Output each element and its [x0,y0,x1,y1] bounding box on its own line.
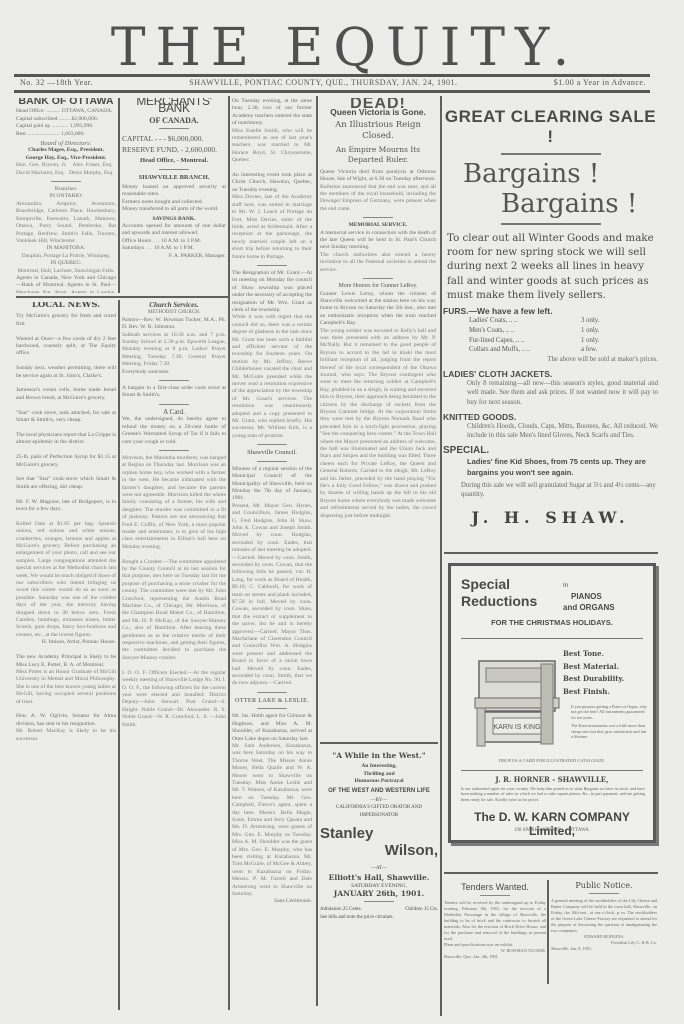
public-notice-date: Shawville, Jan. 8, 1901. [551,946,657,952]
bank-of-ottawa-ad: BANK OF OTTAWA Head Office: .......... O… [16,98,116,293]
catalogue-note: DROP US A CARD FOR ILLUSTRATED CATALOGUE… [451,758,653,763]
news-signature: H. Imison, Artist, Pontiac House. [16,639,116,646]
jackets-text: Only 8 remaining—all new—this season's s… [443,379,658,408]
bank-line: Rest ....................... 1,603,000. [16,131,116,138]
section-rule [320,742,438,744]
fur-item-name: Men's Coats, .. .. [469,326,581,336]
west-title: "A While in the West." [320,752,438,759]
section-rule [444,872,658,874]
fur-item-qty: a few. [581,345,597,355]
saturday-hours: Saturdays . . . 10 A.M. to 1 P.M. [122,245,226,252]
bank-line: Capital paid up ............ 1,993,990. [16,123,116,130]
west-orator: CALIFORNIA'S GIFTED ORATOR AND IMPERSONA… [320,804,438,819]
fur-item: Men's Coats, .. ..1 only. [443,326,658,336]
news-item: "Star" cook stove, tank attached, for sa… [16,410,116,425]
piano-in: In [563,583,568,589]
dateline-text: SHAWVILLE, PONTIAC COUNTY, QUE., THURSDA… [189,78,457,87]
west-line: Thrilling and [320,771,438,778]
leroy-text: Gunner Lewis Leroy, whom the citizens of… [320,291,436,328]
christmas-holidays: FOR THE CHRISTMAS HOLIDAYS. [451,618,653,627]
otter-signature: Sans Cérémonie. [232,898,312,905]
branches-heading: Branches: [16,186,116,193]
fur-item-name: Fur-lined Capes, .. .. [469,336,581,346]
card-text: We, the undersigned, do hereby agree to … [122,416,226,446]
stove-notice: A bargain in a first-class order cook st… [122,385,226,400]
bank-branch: SHAWVILLE BRANCH. [122,174,226,181]
dateline: No. 32 —18th Year. SHAWVILLE, PONTIAC CO… [20,78,646,87]
news-item: The new Academy Principal is likely to b… [16,654,116,669]
dead-heading: DEAD! [320,100,436,107]
sale-signature: J. H. SHAW. [443,508,658,527]
organs-label: and ORGANS [563,603,615,612]
bank-line: Capital subscribed ........ $2,000,000. [16,116,116,123]
west-sub: OF THE WEST AND WESTERN LIFE [320,788,438,795]
bank-capital: CAPITAL - - - $6,000,000. [122,133,226,144]
fur-item: Ladies' Coats, .. ..3 only. [443,316,658,326]
section-rule [16,296,228,298]
merchants-bank-title: MERCHANTS' BANK [122,98,226,113]
church-welcome: Everybody welcome. [122,369,226,376]
masthead-rule-bottom [14,90,650,93]
jackets-heading: LADIES' CLOTH JACKETS. [443,369,658,379]
fur-item-qty: 1 only. [581,326,599,336]
bargains-line-1: Bargains ! [443,159,658,189]
branch-region: IN MANITOBA: [16,245,116,252]
public-notice-text: A general meeting of the stockholders of… [551,898,657,934]
sugar-text: During this sale we will sell granulated… [443,481,658,500]
church-pastors: Pastors—Rev. W. Bowman Tucker, M.A., Ph.… [122,317,226,332]
council-heading: Shawville Council. [232,449,312,456]
piano-blurb: The Karn instruments cost a little more … [571,723,647,739]
savings-bank: SAVINGS BANK. [122,216,226,223]
bank-line: Money transferred to all parts of the wo… [122,206,226,213]
speaker-first-name: Stanley [320,825,438,842]
piano-title-1: Special [461,576,537,593]
tenders-notice: Tenders Wanted. Tenders will be received… [444,880,546,1000]
savings-text: Accounts opened for amounts of one dolla… [122,223,226,238]
news-item: Wanted at Once—a few cords of dry 2 feet… [16,336,116,358]
tenders-text: Tenders will be received by the undersig… [444,900,546,942]
fur-item: Collars and Muffs, .. ..a few. [443,345,658,355]
sale-intro: To clear out all Winter Goods and make r… [443,231,658,302]
branch-region: IN QUEBEC: [16,260,116,267]
card-heading: A Card. [122,409,226,416]
news-item: An interesting event took place at Chris… [232,172,312,194]
west-venue: Elliott's Hall, Shawville. [320,873,438,883]
fur-item-name: Ladies' Coats, .. .. [469,316,581,326]
leroy-heading: More Honors for Gunner LeRoy. [320,283,436,290]
clearing-sale-ad: GREAT CLEARING SALE ! Bargains ! Bargain… [443,97,658,550]
bank-reserve: RESERVE FUND, - 2,600,000. [122,144,226,155]
bank-president: Charles Magee, Esq., President. [16,147,116,154]
column-rule [547,880,549,984]
news-item: Hon. A. W. Ogilvie, Senator for Alma div… [16,713,116,728]
column-rule [118,300,120,1010]
fur-item-qty: 3 only. [581,316,599,326]
bank-manager: F. A. PARKER, Manager. [122,253,226,260]
section-rule [444,552,658,554]
tenders-heading: Tenders Wanted. [444,884,546,891]
stanley-wilson-ad: "A While in the West." An Interesting, T… [320,748,438,988]
fur-item: Fur-lined Capes, .. ..1 only. [443,336,658,346]
pianos-label: PIANOS [571,592,615,601]
news-item: The local physicians report that La Grip… [16,432,116,447]
piano-feature: Best Tone. [563,648,624,661]
newspaper-page: THE EQUITY. No. 32 —18th Year. SHAWVILLE… [0,0,684,1024]
west-at: —AT— [320,865,438,872]
news-item: The Resignation of Mr. Grant.—At its mee… [232,270,312,314]
empire-mourns-heading: An Empire Mourns Its Departed Ruler. [320,145,436,165]
piano-illustration-icon: KARN IS KING [471,656,561,751]
bank-line: Head Office: .......... OTTAWA, CANADA. [16,108,116,115]
west-date: JANUARY 26th, 1901. [320,890,438,897]
piano-feature: Best Material. [563,661,624,674]
reign-closed-heading: An Illustrious Reign Closed. [320,120,436,142]
furs-note: The above will be sold at maker's prices… [443,355,658,365]
merchants-bank-subtitle: OF CANADA. [122,117,226,124]
karn-company: The D. W. KARN COMPANY Limited, [451,810,653,838]
tenders-date: Shawville, Que., Jan. 4th, 1901. [444,954,546,960]
piano-feature: Best Finish. [563,686,624,699]
subscription-price: $1.00 a Year in Advance. [554,78,646,87]
news-item: See that "Star" cook-stove which Smart &… [16,476,116,491]
west-line: An Interesting, [320,763,438,770]
queen-gone-heading: Queen Victoria is Gone. [320,109,436,116]
bank-of-ottawa-title: BANK OF OTTAWA [16,98,116,105]
piano-ad: Special Reductions In PIANOS and ORGANS … [448,563,656,843]
council-text: Minutes of a regular session of the Muni… [232,466,312,503]
bank-vice-president: George Hay, Esq., Vice-President. [16,155,116,162]
fur-item-qty: 1 only. [581,336,599,346]
admission-children: Children 15 Cts. [405,906,438,913]
special-heading: SPECIAL. [443,445,658,456]
church-column: Church Services. METHODIST CHURCH. Pasto… [122,302,226,1002]
speaker-last-name: Wilson, [320,842,438,859]
column-rule [118,98,120,293]
issue-number: No. 32 —18th Year. [20,78,93,87]
local-news-heading: LOCAL NEWS. [16,302,116,309]
church-subheading: METHODIST CHURCH. [122,309,226,316]
bank-head-office: Head Office, - Montreal. [122,157,226,164]
news-item: Sunday next, weather permitting, there w… [16,365,116,380]
special-text: Ladies' fine Kid Shoes, from 75 cents up… [443,456,658,478]
furs-heading: FURS.—We have a few left. [443,306,658,316]
west-note: See bills and note the price circulars. [320,914,438,921]
sale-title: GREAT CLEARING SALE ! [443,107,658,147]
public-notice: Public Notice. A general meeting of the … [551,880,657,1000]
middle-news-column: On Tuesday evening, at the same hour, 2.… [232,98,312,1010]
piano-agent: J. R. HORNER - SHAWVILLE, [451,775,653,784]
piano-feature: Best Durability. [563,673,624,686]
otter-text: Mr. Jas. Hobb agent for Gilmour & Hughso… [232,713,312,743]
news-item: On Tuesday evening, at the same hour, 2.… [232,98,312,128]
knitted-text: Children's Hoods, Clouds, Caps, Mitts, B… [443,422,658,441]
svg-text:KARN IS KING: KARN IS KING [493,724,540,731]
column-rule [228,96,230,1010]
fur-item-name: Collars and Muffs, .. .. [469,345,581,355]
bank-agents: Agents in Canada, New York and Chicago—B… [16,275,116,293]
bargains-line-2: Bargains ! [443,189,658,219]
bank-line: Money loaned on approved security at rea… [122,184,226,199]
west-line: Humorous Portrayal [320,778,438,785]
queen-victoria-column: DEAD! Queen Victoria is Gone. An Illustr… [320,98,436,738]
knitted-heading: KNITTED GOODS. [443,412,658,422]
otter-lake-heading: OTTER LAKE & LESLIE. [232,697,312,704]
memorial-text: A memorial service in connection with th… [320,230,436,252]
column-rule [316,96,318,1006]
piano-title-2: Reductions [461,593,537,610]
news-item: Jamieson's cream rolls, home made bread … [16,387,116,402]
masthead-rule-top [14,74,650,77]
news-item: 25-lb. pails of Perfection Syrup for $1.… [16,454,116,469]
memorial-heading: MEMORIAL SERVICE. [320,222,436,229]
branch-region: IN ONTARIO: [16,193,116,200]
admission-adults: Admission 25 Cents. [320,906,362,913]
public-notice-heading: Public Notice. [551,882,657,889]
board-heading: Board of Directors: [16,140,116,147]
west-by: —BY— [320,797,438,804]
local-news-column: LOCAL NEWS. Try McGuire's grocery for fr… [16,302,116,1002]
karn-address: 198 SPARKS STREET, - - OTTAWA. [451,828,653,833]
office-hours: Office Hours . . . 10 A.M. to 3 P.M. [122,238,226,245]
church-heading: Church Services. [122,302,226,309]
merchants-bank-ad: MERCHANTS' BANK OF CANADA. CAPITAL - - -… [122,98,226,293]
news-item: Try McGuire's grocery for fresh and cure… [16,313,116,328]
news-item: Mr. F. W. Maguire, late of Bridgeport, i… [16,499,116,514]
piano-blurb: If you purpose getting a Piano or Organ,… [571,704,647,720]
queen-death-text: Queen Victoria died from paralysis at Os… [320,169,436,184]
masthead-title: THE EQUITY. [40,18,650,78]
agent-text: Is our authorized agent for your vicinit… [461,786,645,802]
column-rule [440,96,442,1016]
